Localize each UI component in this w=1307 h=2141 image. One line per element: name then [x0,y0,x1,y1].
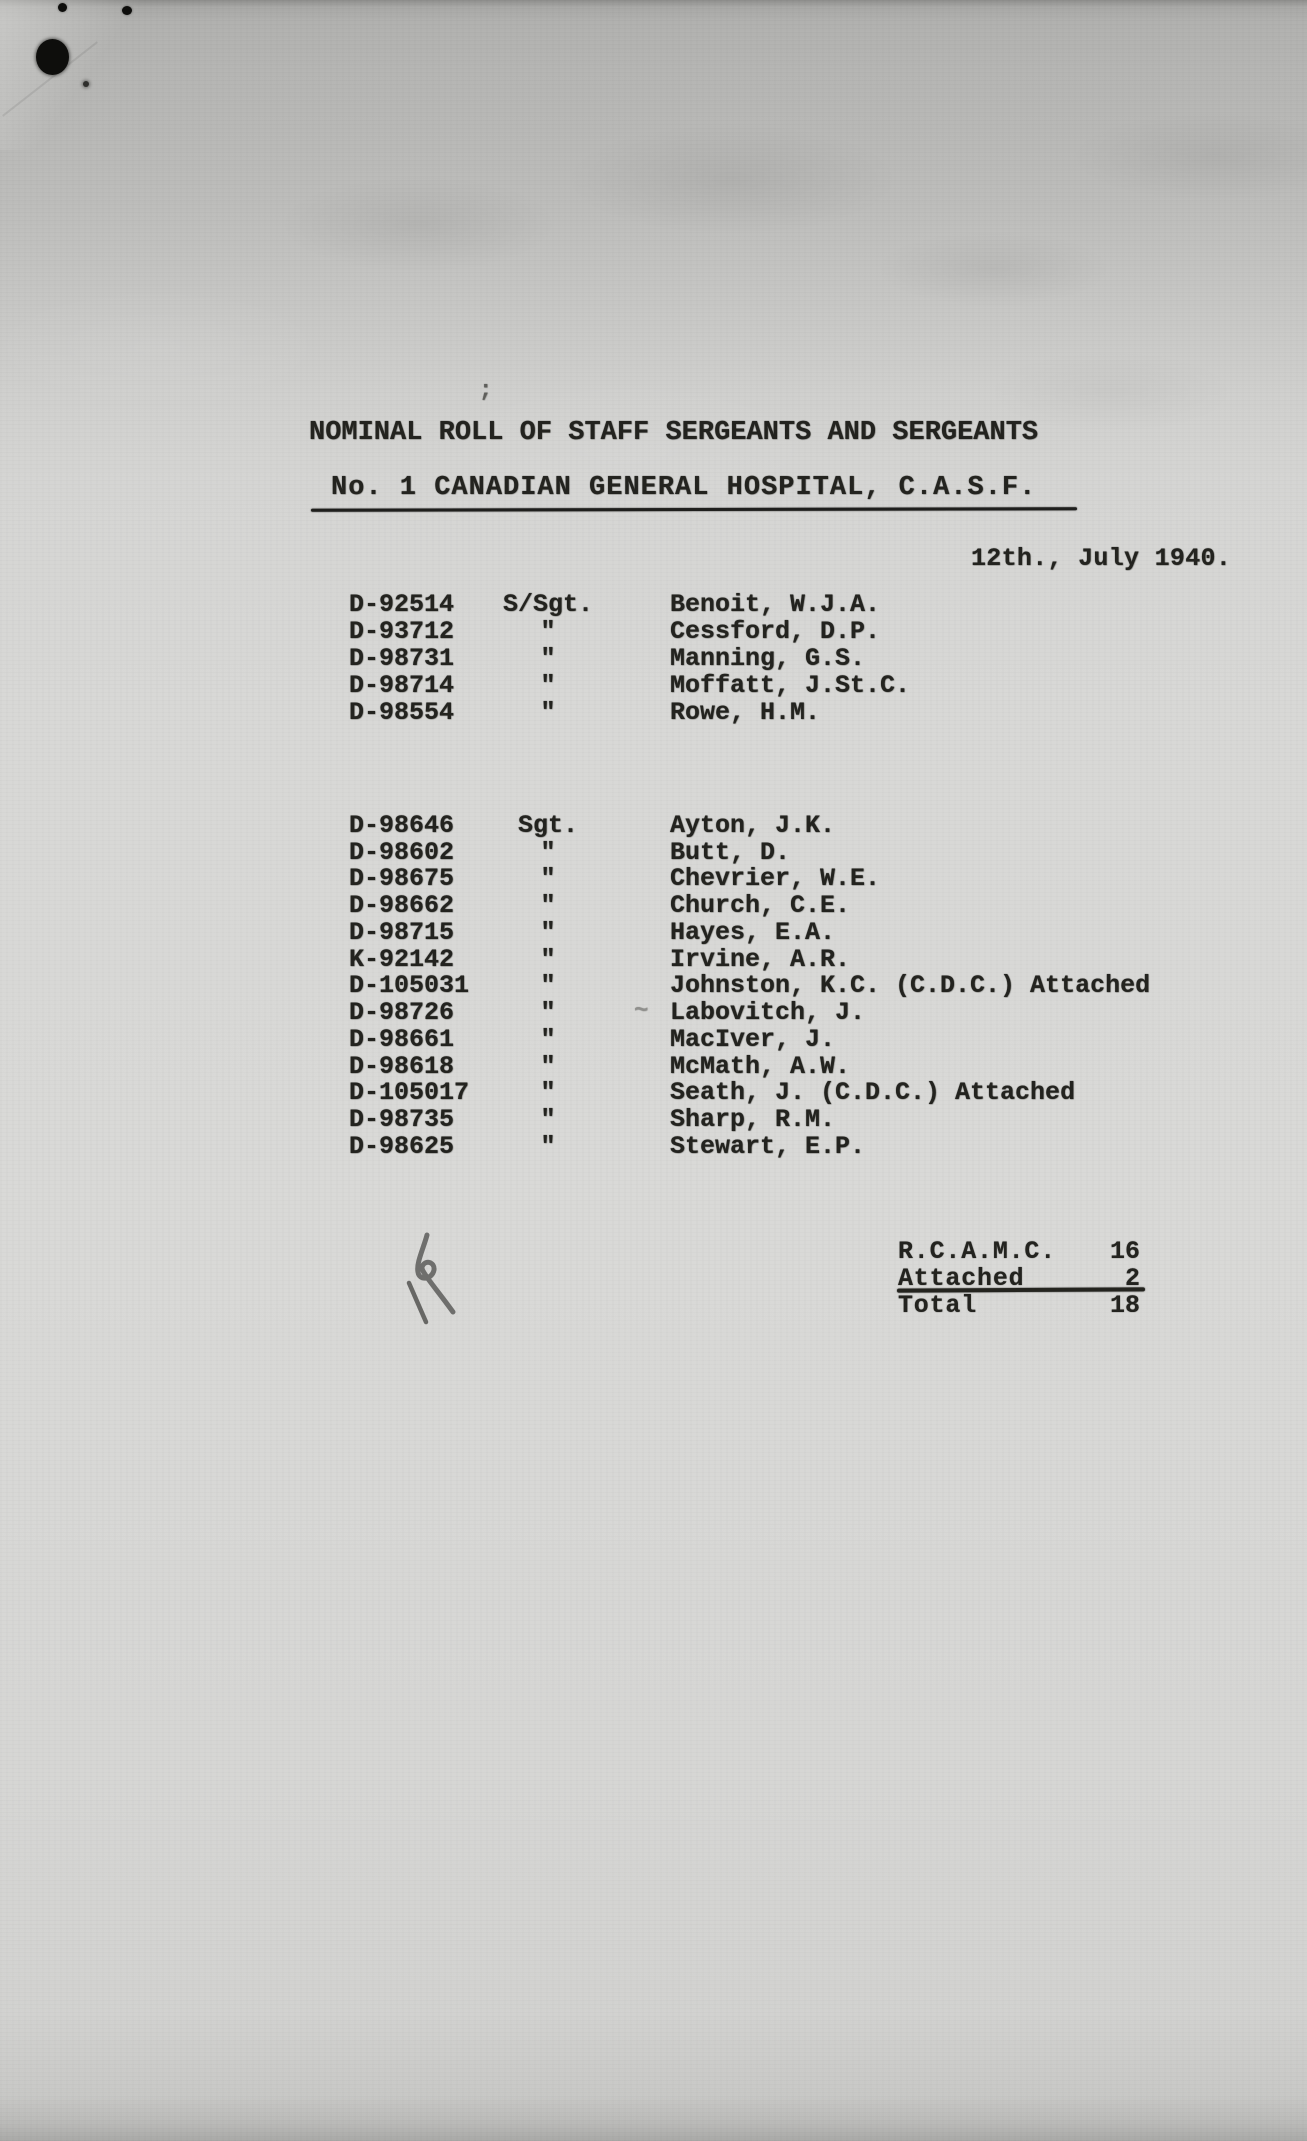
soldier-name: Irvine, A.R. [670,946,850,973]
roster-row: D-98618 " McMath, A.W. [0,1053,1307,1080]
service-number: D-98554 [349,699,454,726]
service-number: D-98662 [349,892,454,919]
soldier-name: Seath, J. (C.D.C.) Attached [670,1079,1075,1106]
service-number: D-98602 [349,839,454,866]
service-number: D-98715 [349,919,454,946]
rank-ditto: " [480,1026,616,1053]
soldier-name: Rowe, H.M. [670,699,820,726]
service-number: D-92514 [349,591,454,618]
soldier-name: Benoit, W.J.A. [670,591,880,618]
summary-row: Total 18 [0,1292,1307,1319]
soldier-name: Cessford, D.P. [670,618,880,645]
rank-ditto: " [480,1053,616,1080]
service-number: D-98735 [349,1106,454,1133]
roster-row: D-98602 " Butt, D. [0,839,1307,866]
roster-row: D-98731 " Manning, G.S. [0,645,1307,672]
service-number: D-105031 [349,972,469,999]
soldier-name: Stewart, E.P. [670,1133,865,1160]
service-number: D-98618 [349,1053,454,1080]
rank-ditto: " [480,972,616,999]
roster-row: D-98661 " MacIver, J. [0,1026,1307,1053]
summary-value: 16 [1030,1238,1140,1265]
service-number: D-93712 [349,618,454,645]
soldier-name: Hayes, E.A. [670,919,835,946]
soldier-name: Manning, G.S. [670,645,865,672]
title-underline [311,507,1077,512]
rank-ditto: " [480,672,616,699]
rank-ditto: " [480,618,616,645]
soldier-name: Labovitch, J. [670,999,865,1026]
roster-row: D-98625 " Stewart, E.P. [0,1133,1307,1160]
roster-row: D-93712 " Cessford, D.P. [0,618,1307,645]
rank-ditto: " [480,1079,616,1106]
rank-ditto: " [480,865,616,892]
scanned-document-page: ; NOMINAL ROLL OF STAFF SERGEANTS AND SE… [0,0,1307,2141]
roster-row: D-98714 " Moffatt, J.St.C. [0,672,1307,699]
typewritten-content: ; NOMINAL ROLL OF STAFF SERGEANTS AND SE… [0,0,1307,2141]
rank-ditto: " [480,1106,616,1133]
service-number: D-98714 [349,672,454,699]
roster-row: D-92514 S/Sgt. Benoit, W.J.A. [0,591,1307,618]
rank-ditto: " [480,892,616,919]
service-number: D-98661 [349,1026,454,1053]
roster-row: D-98715 " Hayes, E.A. [0,919,1307,946]
roster-row: D-105017 " Seath, J. (C.D.C.) Attached [0,1079,1307,1106]
summary-label: Total [898,1292,977,1319]
roster-row: K-92142 " Irvine, A.R. [0,946,1307,973]
service-number: D-98646 [349,812,454,839]
stray-mark: ~ [634,998,648,1025]
roster-row: D-98735 " Sharp, R.M. [0,1106,1307,1133]
soldier-name: Sharp, R.M. [670,1106,835,1133]
rank: Sgt. [480,812,616,839]
rank-ditto: " [480,1133,616,1160]
summary-row: R.C.A.M.C. 16 [0,1238,1307,1265]
rank: S/Sgt. [480,591,616,618]
handwritten-mark [395,1223,475,1333]
soldier-name: Ayton, J.K. [670,812,835,839]
rank-ditto: " [480,946,616,973]
document-title-line2: No. 1 CANADIAN GENERAL HOSPITAL, C.A.S.F… [331,473,1036,503]
stray-typed-mark: ; [479,378,492,403]
soldier-name: McMath, A.W. [670,1053,850,1080]
service-number: D-98726 [349,999,454,1026]
rank-ditto: " [480,645,616,672]
roster-row: D-98662 " Church, C.E. [0,892,1307,919]
document-title-line1: NOMINAL ROLL OF STAFF SERGEANTS AND SERG… [309,418,1038,448]
roster-row: D-105031 " Johnston, K.C. (C.D.C.) Attac… [0,972,1307,999]
service-number: D-98731 [349,645,454,672]
service-number: D-98625 [349,1133,454,1160]
summary-value: 18 [1030,1292,1140,1319]
rank-ditto: " [480,839,616,866]
soldier-name: Johnston, K.C. (C.D.C.) Attached [670,972,1150,999]
roster-row: D-98554 " Rowe, H.M. [0,699,1307,726]
soldier-name: Church, C.E. [670,892,850,919]
document-date: 12th., July 1940. [971,545,1231,572]
soldier-name: Butt, D. [670,839,790,866]
rank-ditto: " [480,919,616,946]
soldier-name: Chevrier, W.E. [670,865,880,892]
roster-row: D-98726 " Labovitch, J. [0,999,1307,1026]
service-number: D-105017 [349,1079,469,1106]
rank-ditto: " [480,999,616,1026]
soldier-name: Moffatt, J.St.C. [670,672,910,699]
roster-row: D-98675 " Chevrier, W.E. [0,865,1307,892]
service-number: K-92142 [349,946,454,973]
soldier-name: MacIver, J. [670,1026,835,1053]
service-number: D-98675 [349,865,454,892]
roster-row: D-98646 Sgt. Ayton, J.K. [0,812,1307,839]
rank-ditto: " [480,699,616,726]
